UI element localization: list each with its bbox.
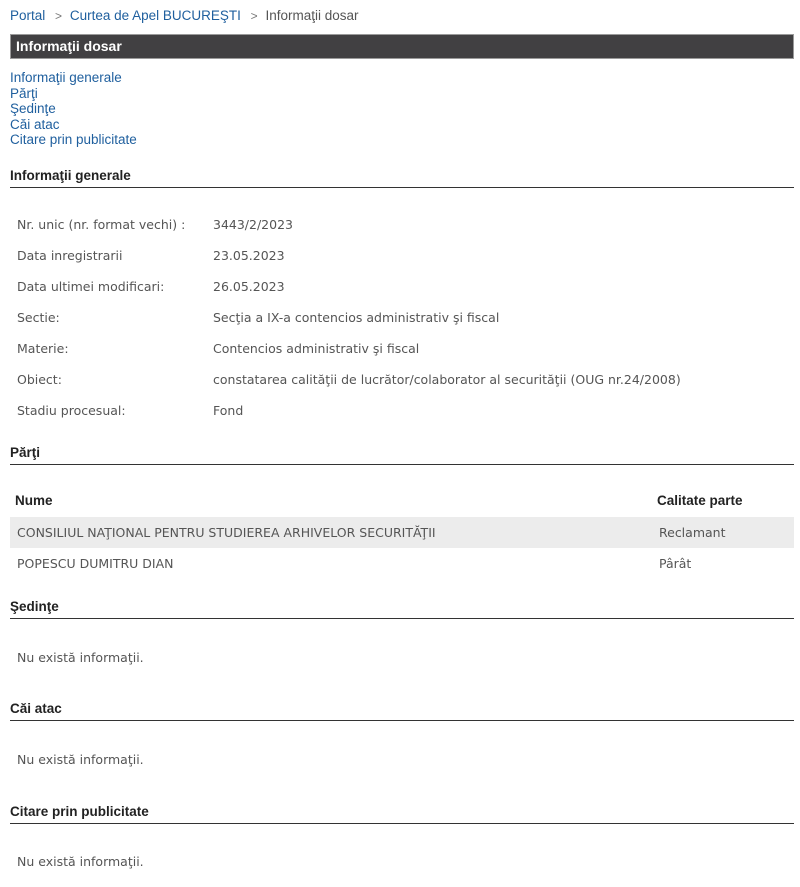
sedinte-empty-message: Nu există informaţii. (17, 650, 144, 665)
field-value: Fond (213, 403, 243, 418)
field-value: Contencios administrativ şi fiscal (213, 341, 419, 356)
toc-link-parti[interactable]: Părţi (10, 86, 137, 102)
toc-link-sedinte[interactable]: Şedinţe (10, 101, 137, 117)
section-title: Citare prin publicitate (10, 804, 149, 819)
section-heading-sedinte: Şedinţe (10, 599, 794, 619)
field-value: 26.05.2023 (213, 279, 285, 294)
column-header-nume: Nume (15, 493, 53, 508)
table-row: CONSILIUL NAŢIONAL PENTRU STUDIEREA ARHI… (10, 517, 794, 548)
section-title: Căi atac (10, 701, 62, 716)
table-row: POPESCU DUMITRU DIAN Pârât (10, 548, 794, 579)
party-role: Pârât (659, 556, 691, 571)
breadcrumb-portal-link[interactable]: Portal (10, 8, 45, 23)
field-label: Obiect: (17, 372, 62, 387)
field-value: constatarea calităţii de lucrător/colabo… (213, 372, 681, 387)
toc-link-informatii-generale[interactable]: Informaţii generale (10, 70, 137, 86)
field-label: Data inregistrarii (17, 248, 122, 263)
breadcrumb-current: Informaţii dosar (265, 8, 358, 23)
section-title: Şedinţe (10, 599, 59, 614)
section-heading-informatii-generale: Informaţii generale (10, 168, 794, 188)
section-title: Părţi (10, 445, 40, 460)
section-heading-parti: Părţi (10, 445, 794, 465)
breadcrumb-separator: > (55, 9, 62, 23)
party-role: Reclamant (659, 525, 725, 540)
field-label: Stadiu procesual: (17, 403, 126, 418)
party-name: POPESCU DUMITRU DIAN (17, 556, 174, 571)
field-label: Data ultimei modificari: (17, 279, 164, 294)
field-value: Secţia a IX-a contencios administrativ ş… (213, 310, 499, 325)
section-title: Informaţii generale (10, 168, 131, 183)
cai-atac-empty-message: Nu există informaţii. (17, 752, 144, 767)
table-of-contents: Informaţii generale Părţi Şedinţe Căi at… (10, 70, 137, 148)
page-title-bar: Informaţii dosar (10, 34, 794, 59)
page-title: Informaţii dosar (16, 38, 122, 54)
section-heading-cai-atac: Căi atac (10, 701, 794, 721)
party-name: CONSILIUL NAŢIONAL PENTRU STUDIEREA ARHI… (17, 525, 436, 540)
field-label: Materie: (17, 341, 69, 356)
toc-link-citare[interactable]: Citare prin publicitate (10, 132, 137, 148)
section-heading-citare: Citare prin publicitate (10, 804, 794, 824)
field-value: 3443/2/2023 (213, 217, 293, 232)
field-label: Sectie: (17, 310, 60, 325)
field-label: Nr. unic (nr. format vechi) : (17, 217, 185, 232)
citare-empty-message: Nu există informaţii. (17, 854, 144, 869)
column-header-calitate: Calitate parte (657, 493, 743, 508)
breadcrumb-court-link[interactable]: Curtea de Apel BUCUREŞTI (70, 8, 241, 23)
field-value: 23.05.2023 (213, 248, 285, 263)
breadcrumb: Portal > Curtea de Apel BUCUREŞTI > Info… (10, 8, 359, 23)
breadcrumb-separator: > (251, 9, 258, 23)
toc-link-cai-atac[interactable]: Căi atac (10, 117, 137, 133)
parti-table-header: Nume Calitate parte (10, 487, 794, 517)
